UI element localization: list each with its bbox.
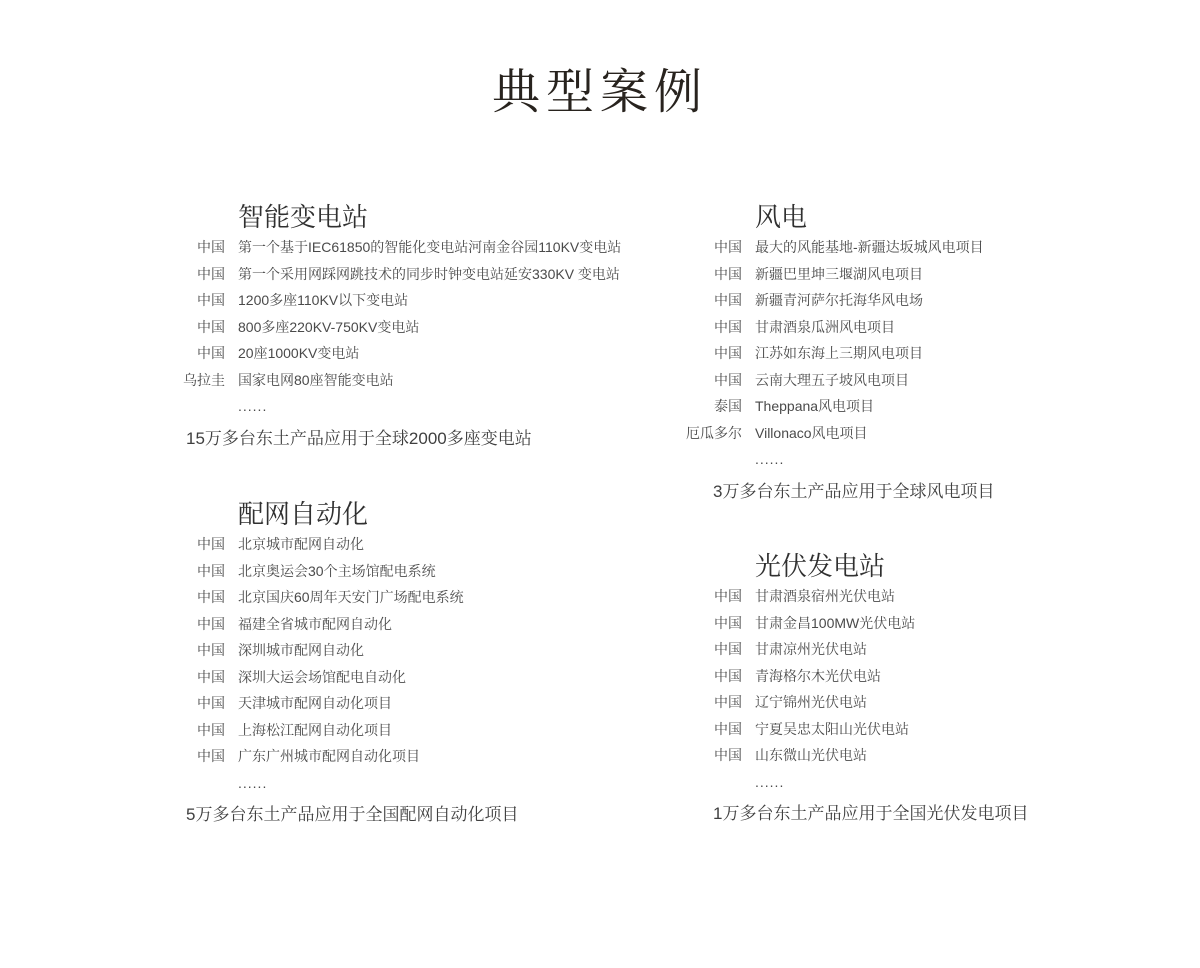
case-row: 中国第一个采用网踩网跳技术的同步时钟变电站延安330KV 变电站 [168, 261, 668, 288]
case-rows: 中国甘肃酒泉宿州光伏电站中国甘肃金昌100MW光伏电站中国甘肃凉州光伏电站中国青… [685, 583, 1185, 795]
case-row: 中国甘肃酒泉瓜洲风电项目 [685, 314, 1185, 341]
project-label: 新疆巴里坤三堰湖风电项目 [742, 264, 923, 284]
case-row: 中国北京国庆60周年天安门广场配电系统 [168, 584, 668, 611]
ellipsis-row: ...... [168, 770, 668, 797]
project-label: 宁夏吴忠太阳山光伏电站 [742, 719, 909, 739]
country-label: 中国 [168, 561, 225, 581]
project-label: 国家电网80座智能变电站 [225, 370, 394, 390]
country-label: 乌拉圭 [168, 370, 225, 390]
country-label: 中国 [685, 666, 742, 686]
project-label: 江苏如东海上三期风电项目 [742, 343, 923, 363]
ellipsis-row: ...... [685, 769, 1185, 796]
case-row: 中国福建全省城市配网自动化 [168, 611, 668, 638]
case-row: 中国上海松江配网自动化项目 [168, 717, 668, 744]
section-summary: 5万多台东土产品应用于全国配网自动化项目 [186, 802, 668, 828]
case-row: 中国深圳大运会场馆配电自动化 [168, 664, 668, 691]
project-label: 第一个采用网踩网跳技术的同步时钟变电站延安330KV 变电站 [225, 264, 620, 284]
project-label: 1200多座110KV以下变电站 [225, 290, 408, 310]
project-label: 云南大理五子坡风电项目 [742, 370, 909, 390]
case-rows: 中国北京城市配网自动化中国北京奥运会30个主场馆配电系统中国北京国庆60周年天安… [168, 531, 668, 796]
slide-page: 典型案例 智能变电站中国第一个基于IEC61850的智能化变电站河南金谷园110… [0, 0, 1200, 968]
country-label: 中国 [685, 370, 742, 390]
project-label: 20座1000KV变电站 [225, 343, 359, 363]
country-label: 中国 [685, 237, 742, 257]
case-row: 中国云南大理五子坡风电项目 [685, 367, 1185, 394]
section-heading: 风电 [755, 200, 1185, 234]
project-label: Theppana风电项目 [742, 396, 874, 416]
case-row: 中国800多座220KV-750KV变电站 [168, 314, 668, 341]
case-row: 中国第一个基于IEC61850的智能化变电站河南金谷园110KV变电站 [168, 234, 668, 261]
project-label: 北京奥运会30个主场馆配电系统 [225, 561, 436, 581]
case-row: 中国1200多座110KV以下变电站 [168, 287, 668, 314]
case-row: 中国北京城市配网自动化 [168, 531, 668, 558]
country-label: 中国 [168, 746, 225, 766]
case-row: 中国北京奥运会30个主场馆配电系统 [168, 558, 668, 585]
case-row: 中国甘肃金昌100MW光伏电站 [685, 610, 1185, 637]
project-label: 最大的风能基地-新疆达坂城风电项目 [742, 237, 984, 257]
country-label: 中国 [168, 317, 225, 337]
country-label: 中国 [168, 290, 225, 310]
section-summary: 3万多台东土产品应用于全球风电项目 [713, 479, 1185, 505]
country-label: 中国 [685, 290, 742, 310]
section-wind-power: 风电中国最大的风能基地-新疆达坂城风电项目中国新疆巴里坤三堰湖风电项目中国新疆青… [685, 200, 1185, 505]
project-label: Villonaco风电项目 [742, 423, 868, 443]
project-label: 上海松江配网自动化项目 [225, 720, 392, 740]
section-distribution-automation: 配网自动化中国北京城市配网自动化中国北京奥运会30个主场馆配电系统中国北京国庆6… [168, 497, 668, 828]
country-label: 中国 [685, 343, 742, 363]
case-row: 厄瓜多尔Villonaco风电项目 [685, 420, 1185, 447]
country-label: 中国 [168, 264, 225, 284]
country-label: 中国 [168, 720, 225, 740]
project-label: 甘肃酒泉瓜洲风电项目 [742, 317, 895, 337]
case-row: 中国新疆青河萨尔托海华风电场 [685, 287, 1185, 314]
case-row: 中国最大的风能基地-新疆达坂城风电项目 [685, 234, 1185, 261]
project-label: 北京国庆60周年天安门广场配电系统 [225, 587, 464, 607]
section-photovoltaic-station: 光伏发电站中国甘肃酒泉宿州光伏电站中国甘肃金昌100MW光伏电站中国甘肃凉州光伏… [685, 549, 1185, 827]
project-label: 青海格尔木光伏电站 [742, 666, 881, 686]
ellipsis-text: ...... [225, 775, 267, 791]
country-label: 中国 [685, 586, 742, 606]
country-label: 中国 [168, 693, 225, 713]
project-label: 800多座220KV-750KV变电站 [225, 317, 419, 337]
country-label: 中国 [685, 639, 742, 659]
project-label: 山东微山光伏电站 [742, 745, 867, 765]
project-label: 广东广州城市配网自动化项目 [225, 746, 420, 766]
case-row: 中国20座1000KV变电站 [168, 340, 668, 367]
country-label: 中国 [685, 264, 742, 284]
case-row: 中国江苏如东海上三期风电项目 [685, 340, 1185, 367]
project-label: 第一个基于IEC61850的智能化变电站河南金谷园110KV变电站 [225, 237, 621, 257]
project-label: 辽宁锦州光伏电站 [742, 692, 867, 712]
ellipsis-text: ...... [742, 774, 784, 790]
project-label: 天津城市配网自动化项目 [225, 693, 392, 713]
country-label: 中国 [685, 692, 742, 712]
project-label: 深圳大运会场馆配电自动化 [225, 667, 406, 687]
country-label: 中国 [168, 667, 225, 687]
section-heading: 配网自动化 [238, 497, 668, 531]
country-label: 中国 [168, 343, 225, 363]
case-row: 乌拉圭国家电网80座智能变电站 [168, 367, 668, 394]
case-row: 中国深圳城市配网自动化 [168, 637, 668, 664]
country-label: 中国 [168, 587, 225, 607]
ellipsis-text: ...... [225, 398, 267, 414]
ellipsis-text: ...... [742, 451, 784, 467]
country-label: 厄瓜多尔 [685, 423, 742, 443]
section-summary: 1万多台东土产品应用于全国光伏发电项目 [713, 801, 1185, 827]
case-row: 泰国Theppana风电项目 [685, 393, 1185, 420]
ellipsis-row: ...... [168, 393, 668, 420]
case-row: 中国甘肃凉州光伏电站 [685, 636, 1185, 663]
case-row: 中国新疆巴里坤三堰湖风电项目 [685, 261, 1185, 288]
section-smart-substation: 智能变电站中国第一个基于IEC61850的智能化变电站河南金谷园110KV变电站… [168, 200, 668, 452]
country-label: 中国 [685, 317, 742, 337]
case-rows: 中国最大的风能基地-新疆达坂城风电项目中国新疆巴里坤三堰湖风电项目中国新疆青河萨… [685, 234, 1185, 473]
country-label: 中国 [168, 614, 225, 634]
case-rows: 中国第一个基于IEC61850的智能化变电站河南金谷园110KV变电站中国第一个… [168, 234, 668, 420]
country-label: 中国 [168, 640, 225, 660]
country-label: 中国 [685, 745, 742, 765]
page-title: 典型案例 [0, 58, 1200, 128]
project-label: 福建全省城市配网自动化 [225, 614, 392, 634]
country-label: 泰国 [685, 396, 742, 416]
country-label: 中国 [685, 613, 742, 633]
section-heading: 智能变电站 [238, 200, 668, 234]
project-label: 新疆青河萨尔托海华风电场 [742, 290, 923, 310]
case-row: 中国宁夏吴忠太阳山光伏电站 [685, 716, 1185, 743]
country-label: 中国 [685, 719, 742, 739]
section-summary: 15万多台东土产品应用于全球2000多座变电站 [186, 426, 668, 452]
section-heading: 光伏发电站 [755, 549, 1185, 583]
case-row: 中国青海格尔木光伏电站 [685, 663, 1185, 690]
project-label: 北京城市配网自动化 [225, 534, 364, 554]
ellipsis-row: ...... [685, 446, 1185, 473]
project-label: 深圳城市配网自动化 [225, 640, 364, 660]
project-label: 甘肃凉州光伏电站 [742, 639, 867, 659]
project-label: 甘肃金昌100MW光伏电站 [742, 613, 915, 633]
case-row: 中国天津城市配网自动化项目 [168, 690, 668, 717]
case-row: 中国辽宁锦州光伏电站 [685, 689, 1185, 716]
country-label: 中国 [168, 237, 225, 257]
case-row: 中国山东微山光伏电站 [685, 742, 1185, 769]
case-row: 中国甘肃酒泉宿州光伏电站 [685, 583, 1185, 610]
country-label: 中国 [168, 534, 225, 554]
project-label: 甘肃酒泉宿州光伏电站 [742, 586, 895, 606]
case-row: 中国广东广州城市配网自动化项目 [168, 743, 668, 770]
